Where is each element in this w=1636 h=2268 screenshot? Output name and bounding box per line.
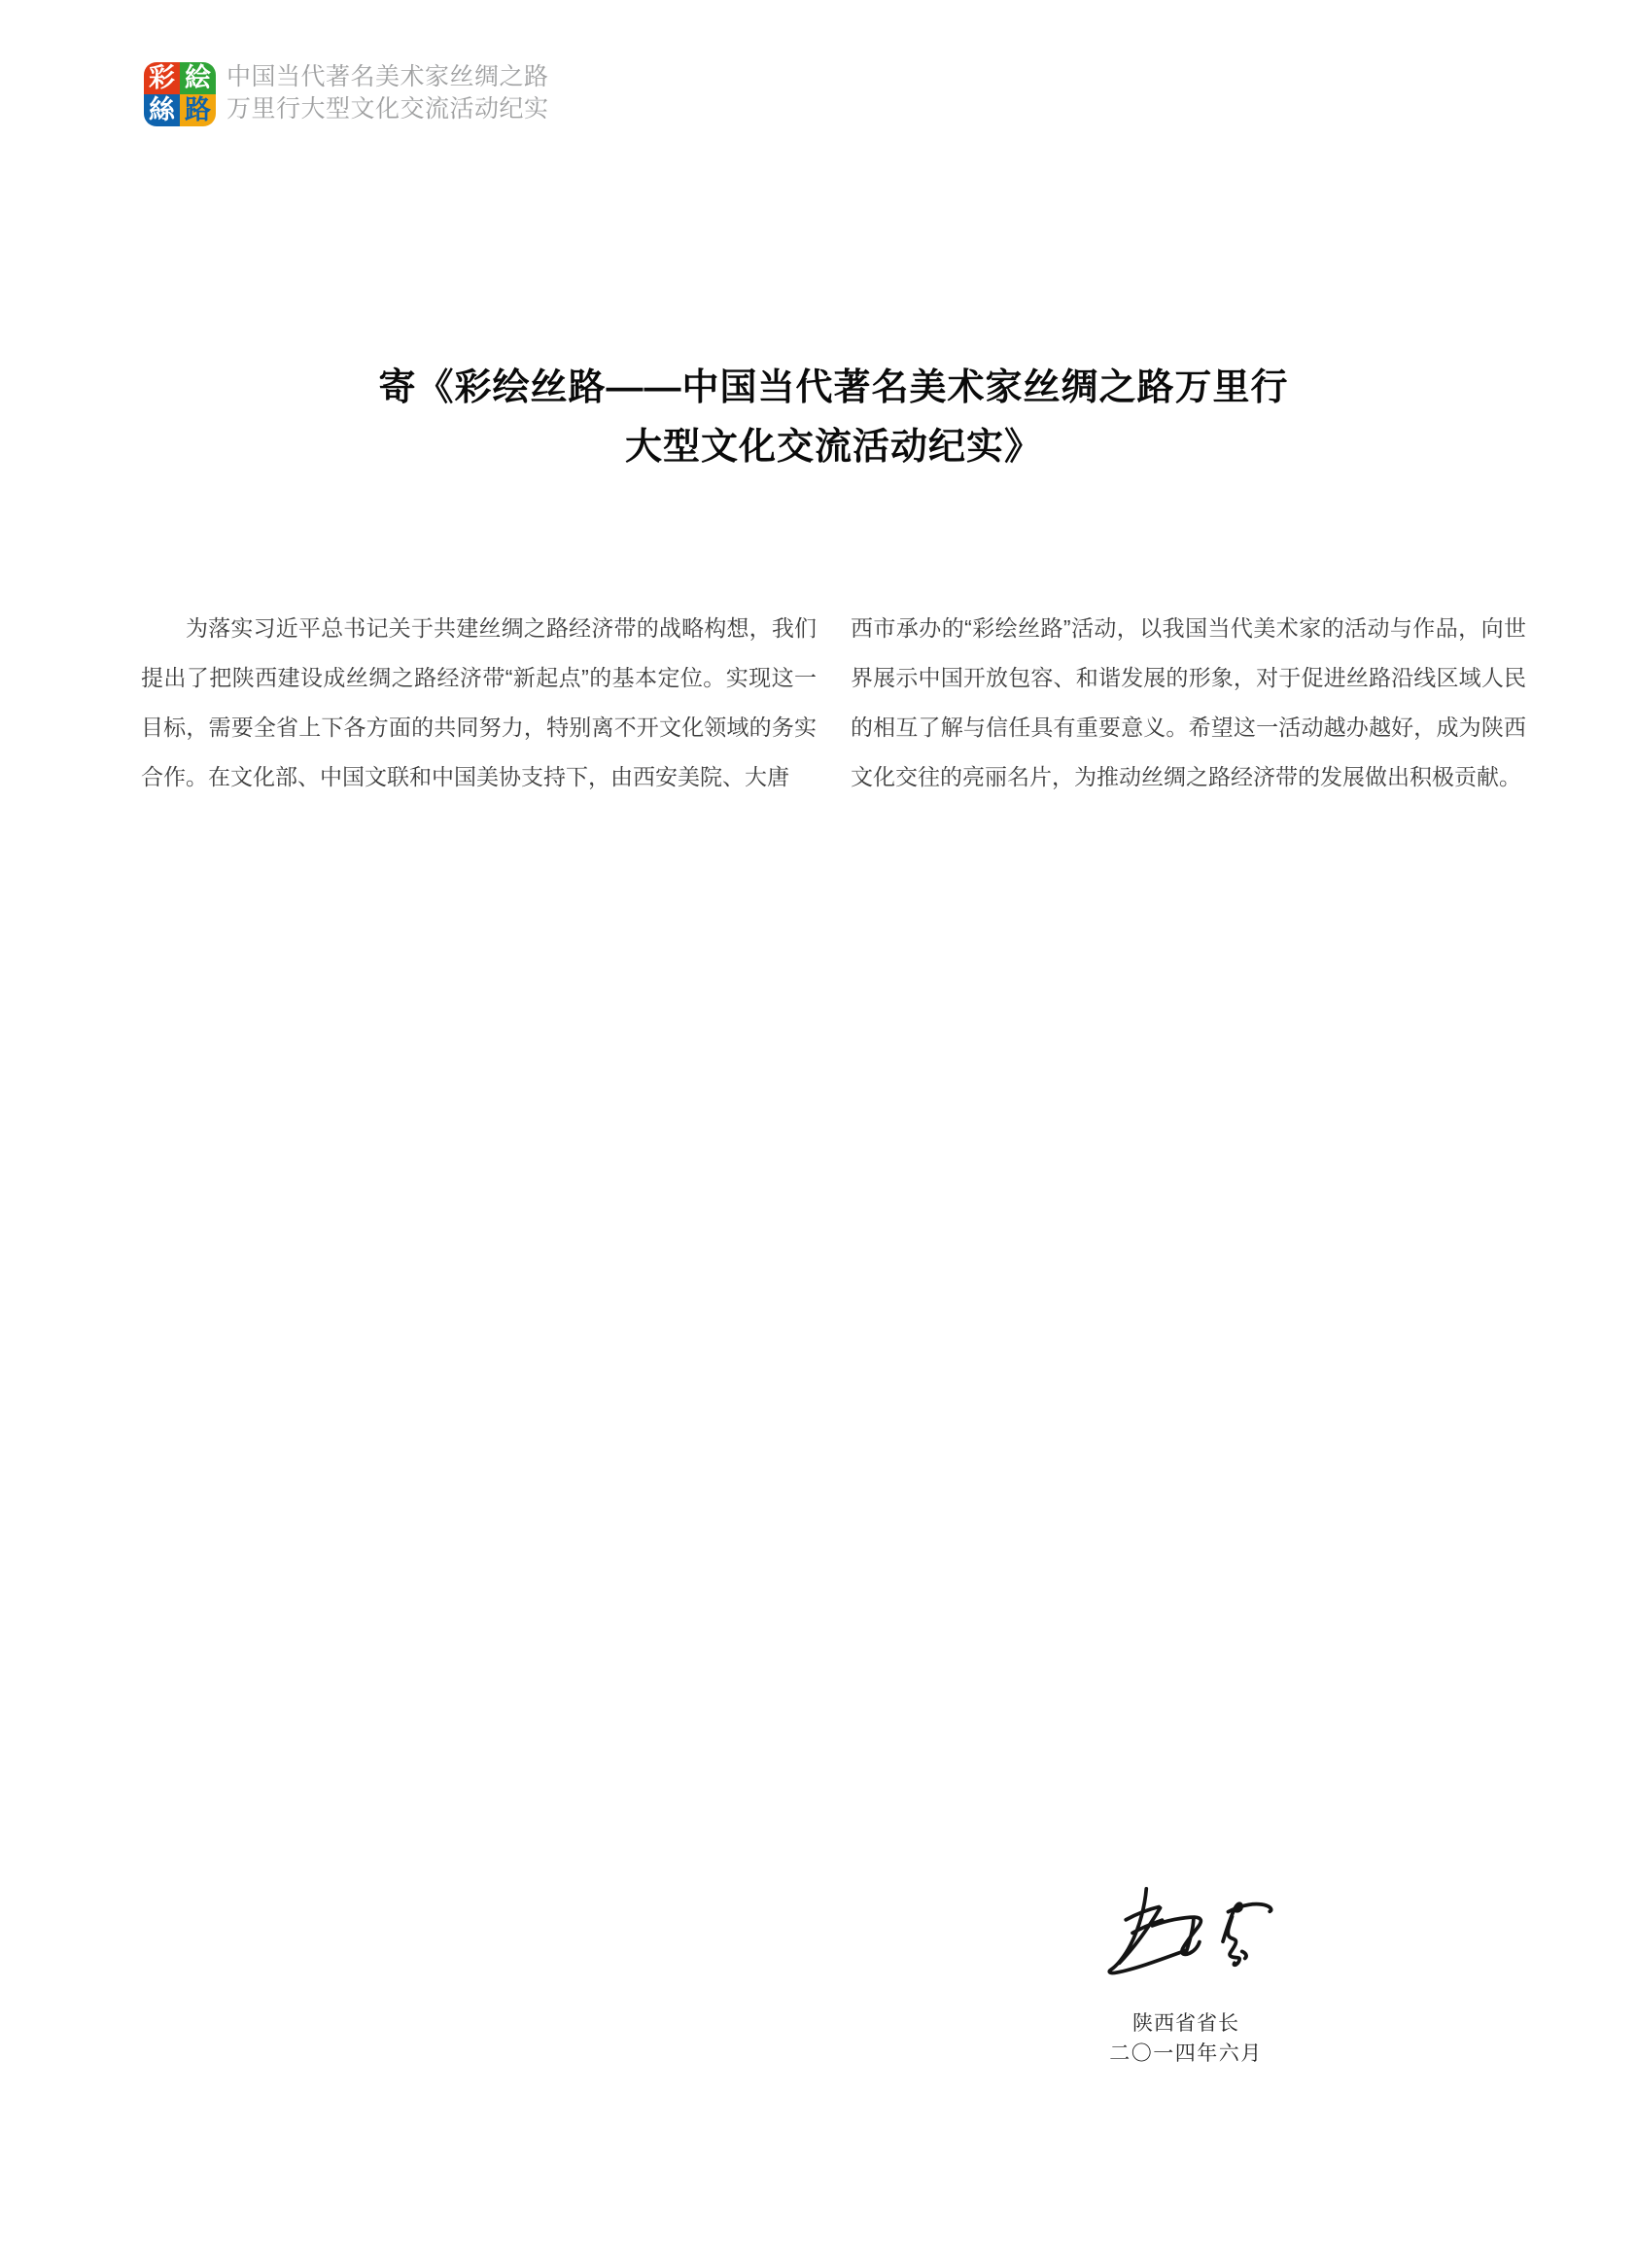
governor-signature	[1077, 1876, 1295, 1985]
logo-char-si: 絲	[149, 97, 175, 123]
logo-char-lu: 路	[185, 97, 211, 123]
signature-ink-icon	[1077, 1876, 1295, 1985]
body-column-right: 西市承办的“彩绘丝路”活动，以我国当代美术家的活动与作品，向世界展示中国开放包容…	[851, 604, 1526, 802]
signoff-role: 陕西省省长	[1064, 2008, 1307, 2039]
logo-quadrant-3: 路	[180, 94, 216, 126]
page-title: 寄《彩绘丝路——中国当代著名美术家丝绸之路万里行 大型文化交流活动纪实》	[141, 359, 1526, 477]
header-tagline-line1: 中国当代著名美术家丝绸之路	[226, 61, 549, 93]
logo-quadrant-1: 絵	[180, 62, 216, 94]
document-page: 彩 絵 絲 路 中国当代著名美术家丝绸之路 万里行大型文化交流活动纪实 寄《彩绘…	[0, 0, 1636, 2268]
logo-quadrant-0: 彩	[144, 62, 180, 94]
body-column-left: 为落实习近平总书记关于共建丝绸之路经济带的战略构想，我们提出了把陕西建设成丝绸之…	[141, 604, 817, 802]
page-title-line2: 大型文化交流活动纪实》	[141, 418, 1526, 477]
header-tagline-line2: 万里行大型文化交流活动纪实	[226, 93, 549, 125]
logo-char-cai: 彩	[149, 65, 175, 91]
signoff-date: 二〇一四年六月	[1064, 2039, 1307, 2069]
logo-quadrant-2: 絲	[144, 94, 180, 126]
body-paragraph-left: 为落实习近平总书记关于共建丝绸之路经济带的战略构想，我们提出了把陕西建设成丝绸之…	[141, 604, 817, 802]
logo-char-hui: 絵	[185, 65, 211, 91]
signoff-block: 陕西省省长 二〇一四年六月	[1064, 2008, 1307, 2069]
body-paragraph-right: 西市承办的“彩绘丝路”活动，以我国当代美术家的活动与作品，向世界展示中国开放包容…	[851, 604, 1526, 802]
caihui-silu-logo: 彩 絵 絲 路	[144, 62, 216, 126]
page-title-line1: 寄《彩绘丝路——中国当代著名美术家丝绸之路万里行	[141, 359, 1526, 418]
header-tagline: 中国当代著名美术家丝绸之路 万里行大型文化交流活动纪实	[226, 61, 549, 125]
